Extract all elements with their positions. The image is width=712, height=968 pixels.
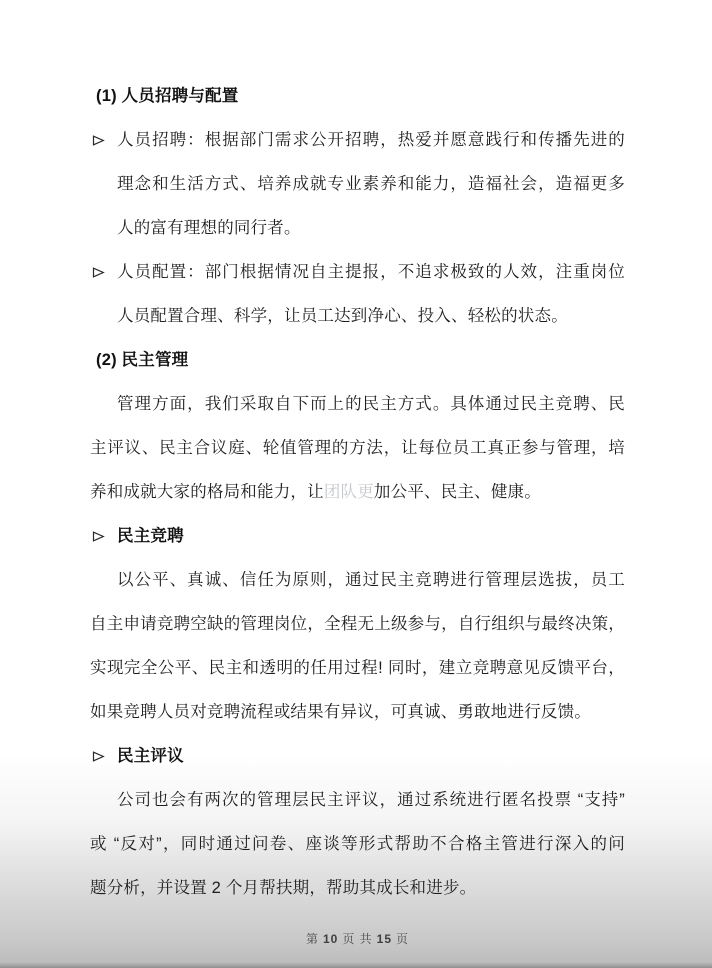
- footer-text: 页 共: [342, 932, 372, 946]
- text-line: 或 “反对”，同时通过问卷、座谈等形式帮助不合格主管进行深入的问: [90, 822, 625, 866]
- text-line: 以公平、真诚、信任为原则，通过民主竞聘进行管理层选拔，员工: [90, 558, 625, 602]
- footer-total-pages: 15: [377, 932, 392, 946]
- footer-text: 第: [306, 932, 319, 946]
- text-line: 管理方面，我们采取自下而上的民主方式。具体通过民主竞聘、民: [90, 382, 625, 426]
- text-line: 主评议、民主合议庭、轮值管理的方法，让每位员工真正参与管理，培: [90, 426, 625, 470]
- section-heading-democracy: (2) 民主管理: [90, 338, 625, 382]
- text-line: 自主申请竞聘空缺的管理岗位，全程无上级参与，自行组织与最终决策，: [90, 602, 625, 646]
- subheading-label: 民主竞聘: [117, 514, 625, 558]
- text-segment: 养和成就大家的格局和能力，让: [90, 483, 324, 501]
- section-heading-recruitment: (1) 人员招聘与配置: [90, 74, 625, 118]
- text-line: 如果竞聘人员对竞聘流程或结果有异议，可真诚、勇敢地进行反馈。: [90, 690, 625, 734]
- subheading-democratic-review: 民主评议: [90, 734, 625, 778]
- text-line: 题分析，并设置 2 个月帮扶期，帮助其成长和进步。: [90, 866, 625, 910]
- text-segment: 加公平、民主、健康。: [374, 483, 541, 501]
- footer-text: 页: [396, 932, 409, 946]
- subheading-label: 民主评议: [117, 734, 625, 778]
- text-line: 人员配置：部门根据情况自主提报，不追求极致的人效，注重岗位: [117, 250, 625, 294]
- paragraph-democratic-competition: 以公平、真诚、信任为原则，通过民主竞聘进行管理层选拔，员工自主申请竞聘空缺的管理…: [90, 558, 625, 734]
- text-line: 人员招聘：根据部门需求公开招聘，热爱并愿意践行和传播先进的: [117, 118, 625, 162]
- footer-page-number: 10: [323, 932, 338, 946]
- subheading-democratic-competition: 民主竞聘: [90, 514, 625, 558]
- text-line-democracy-intro-last: 养和成就大家的格局和能力，让团队更加公平、民主、健康。: [90, 470, 625, 514]
- arrow-bullet-icon: [92, 734, 105, 778]
- text-line: 人的富有理想的同行者。: [117, 206, 625, 250]
- text-line: 理念和生活方式、培养成就专业素养和能力，造福社会，造福更多: [117, 162, 625, 206]
- page-footer: 第10页 共15页: [90, 927, 625, 951]
- arrow-bullet-icon: [92, 250, 105, 294]
- text-line: 公司也会有两次的管理层民主评议，通过系统进行匿名投票 “支持”: [90, 778, 625, 822]
- bullet-paragraph-staffing: 人员配置：部门根据情况自主提报，不追求极致的人效，注重岗位人员配置合理、科学，让…: [90, 250, 625, 338]
- text-line: 实现完全公平、民主和透明的任用过程! 同时，建立竞聘意见反馈平台，: [90, 646, 625, 690]
- paragraph-democracy-intro: 管理方面，我们采取自下而上的民主方式。具体通过民主竞聘、民主评议、民主合议庭、轮…: [90, 382, 625, 470]
- text-line: 人员配置合理、科学，让员工达到净心、投入、轻松的状态。: [117, 294, 625, 338]
- arrow-bullet-icon: [92, 118, 105, 162]
- bullet-paragraph-recruitment: 人员招聘：根据部门需求公开招聘，热爱并愿意践行和传播先进的理念和生活方式、培养成…: [90, 118, 625, 250]
- faded-text-segment: 团队更: [324, 483, 374, 501]
- paragraph-democratic-review: 公司也会有两次的管理层民主评议，通过系统进行匿名投票 “支持”或 “反对”，同时…: [90, 778, 625, 910]
- arrow-bullet-icon: [92, 514, 105, 558]
- document-page: (1) 人员招聘与配置 人员招聘：根据部门需求公开招聘，热爱并愿意践行和传播先进…: [0, 0, 712, 968]
